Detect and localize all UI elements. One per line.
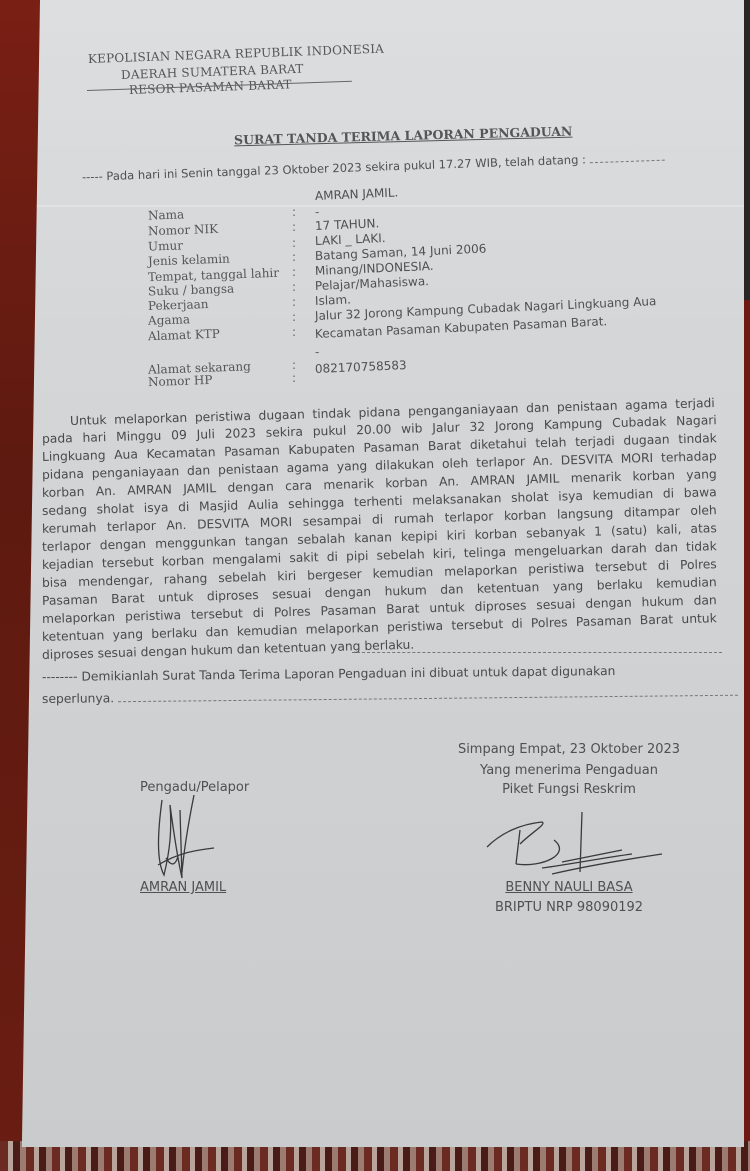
identity-label: Umur [148, 238, 183, 253]
receiver-rank-nrp: BRIPTU NRP 98090192 [434, 900, 704, 915]
identity-colon: : [292, 220, 296, 234]
identity-colon: : [292, 358, 296, 372]
identity-colon: : [292, 325, 296, 339]
identity-value: AMRAN JAMIL. [315, 185, 399, 203]
closing-line-2: seperlunya. [42, 685, 732, 706]
identity-label: Nama [148, 207, 185, 222]
document-title: SURAT TANDA TERIMA LAPORAN PENGADUAN [234, 124, 573, 148]
identity-label: Nomor NIK [148, 222, 219, 238]
letterhead-line-1: KEPOLISIAN NEGARA REPUBLIK INDONESIA [88, 42, 384, 66]
identity-colon: : [292, 265, 296, 279]
identity-colon: : [292, 280, 296, 294]
receiver-role: Yang menerima Pengaduan [434, 763, 704, 778]
identity-label: Jenis kelamin [148, 252, 230, 269]
document-paper: KEPOLISIAN NEGARA REPUBLIK INDONESIA DAE… [22, 0, 744, 1147]
closing-dash-fill [118, 695, 738, 702]
closing-line-1: -------- Demikianlah Surat Tanda Terima … [42, 664, 616, 684]
body-dash-fill [352, 652, 722, 653]
identity-value: - [315, 205, 320, 219]
intro-dash-fill [590, 160, 665, 164]
identity-label: Nomor HP [148, 373, 213, 389]
identity-colon: : [292, 236, 296, 250]
complainant-signature [150, 790, 240, 885]
identity-label: Suku / bangsa [148, 282, 235, 299]
identity-label: Alamat KTP [148, 327, 220, 343]
receiver-name: BENNY NAULI BASA [434, 880, 704, 895]
identity-value: 17 TAHUN. [315, 216, 380, 233]
identity-label: Pekerjaan [148, 297, 209, 313]
identity-value: Islam. [315, 292, 352, 308]
identity-colon: : [292, 371, 296, 385]
identity-value: 082170758583 [315, 358, 407, 376]
identity-colon: : [292, 310, 296, 324]
closing-text: seperlunya. [42, 691, 114, 706]
receiver-unit: Piket Fungsi Reskrim [434, 782, 704, 797]
identity-colon: : [292, 250, 296, 264]
intro-line: ----- Pada hari ini Senin tanggal 23 Okt… [82, 150, 665, 184]
identity-colon: : [292, 295, 296, 309]
identity-value: - [315, 345, 320, 359]
identity-colon: : [292, 205, 296, 219]
identity-label: Agama [148, 312, 191, 327]
intro-text: ----- Pada hari ini Senin tanggal 23 Okt… [82, 152, 586, 184]
receiver-signature [482, 812, 672, 882]
complainant-name: AMRAN JAMIL [140, 880, 226, 895]
receipt-place-date: Simpang Empat, 23 Oktober 2023 [434, 742, 704, 757]
